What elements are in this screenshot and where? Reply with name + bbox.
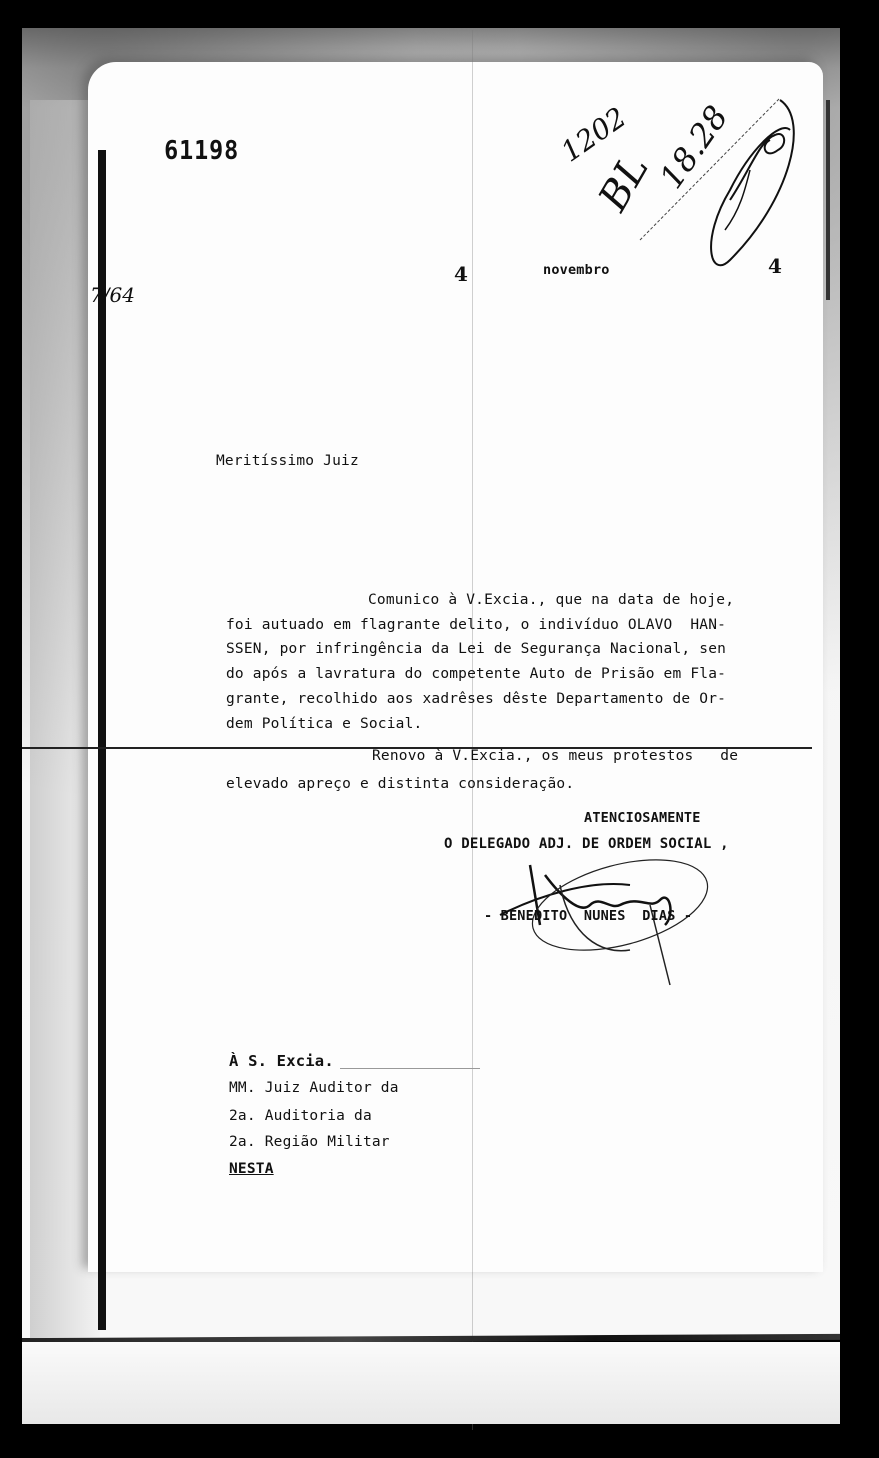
addressee-line: 2a. Auditoria da xyxy=(229,1108,372,1124)
date-month: novembro xyxy=(543,262,610,278)
addressee-line: 2a. Região Militar xyxy=(229,1134,390,1150)
addressee-rule xyxy=(340,1068,480,1069)
body-line: Comunico à V.Excia., que na data de hoje… xyxy=(368,592,734,608)
body-line: do após a lavratura do competente Auto d… xyxy=(226,666,726,682)
addressee-line: MM. Juiz Auditor da xyxy=(229,1080,399,1096)
archive-stamp-number: 61198 xyxy=(164,136,239,166)
page-right-edge xyxy=(826,100,830,300)
vertical-fold-line xyxy=(472,30,473,1430)
addressee-line: À S. Excia. xyxy=(229,1052,334,1070)
closing-line: elevado apreço e distinta consideração. xyxy=(226,776,574,792)
addressee-line: NESTA xyxy=(229,1161,274,1177)
signature-icon xyxy=(500,855,720,995)
lower-sheet-strip xyxy=(22,1342,840,1424)
body-line: grante, recolhido aos xadrêses dêste Dep… xyxy=(226,691,726,707)
date-year-fragment: 4 xyxy=(768,254,782,278)
body-line: foi autuado em flagrante delito, o indiv… xyxy=(226,617,726,633)
margin-note: 7/64 xyxy=(90,283,135,307)
salutation: Meritíssimo Juiz xyxy=(216,453,359,469)
closing-line: Renovo à V.Excia., os meus protestos de xyxy=(372,748,738,764)
handwritten-rubric-icon xyxy=(690,90,810,270)
body-line: SSEN, por infringência da Lei de Seguran… xyxy=(226,641,726,657)
sign-off: ATENCIOSAMENTE xyxy=(584,810,701,826)
signatory-title: O DELEGADO ADJ. DE ORDEM SOCIAL , xyxy=(444,836,729,852)
binding-edge xyxy=(98,150,106,1330)
body-line: dem Política e Social. xyxy=(226,716,422,732)
date-day: 4 xyxy=(454,262,468,286)
signatory-name: - BENEDITO NUNES DIAS - xyxy=(484,908,692,924)
